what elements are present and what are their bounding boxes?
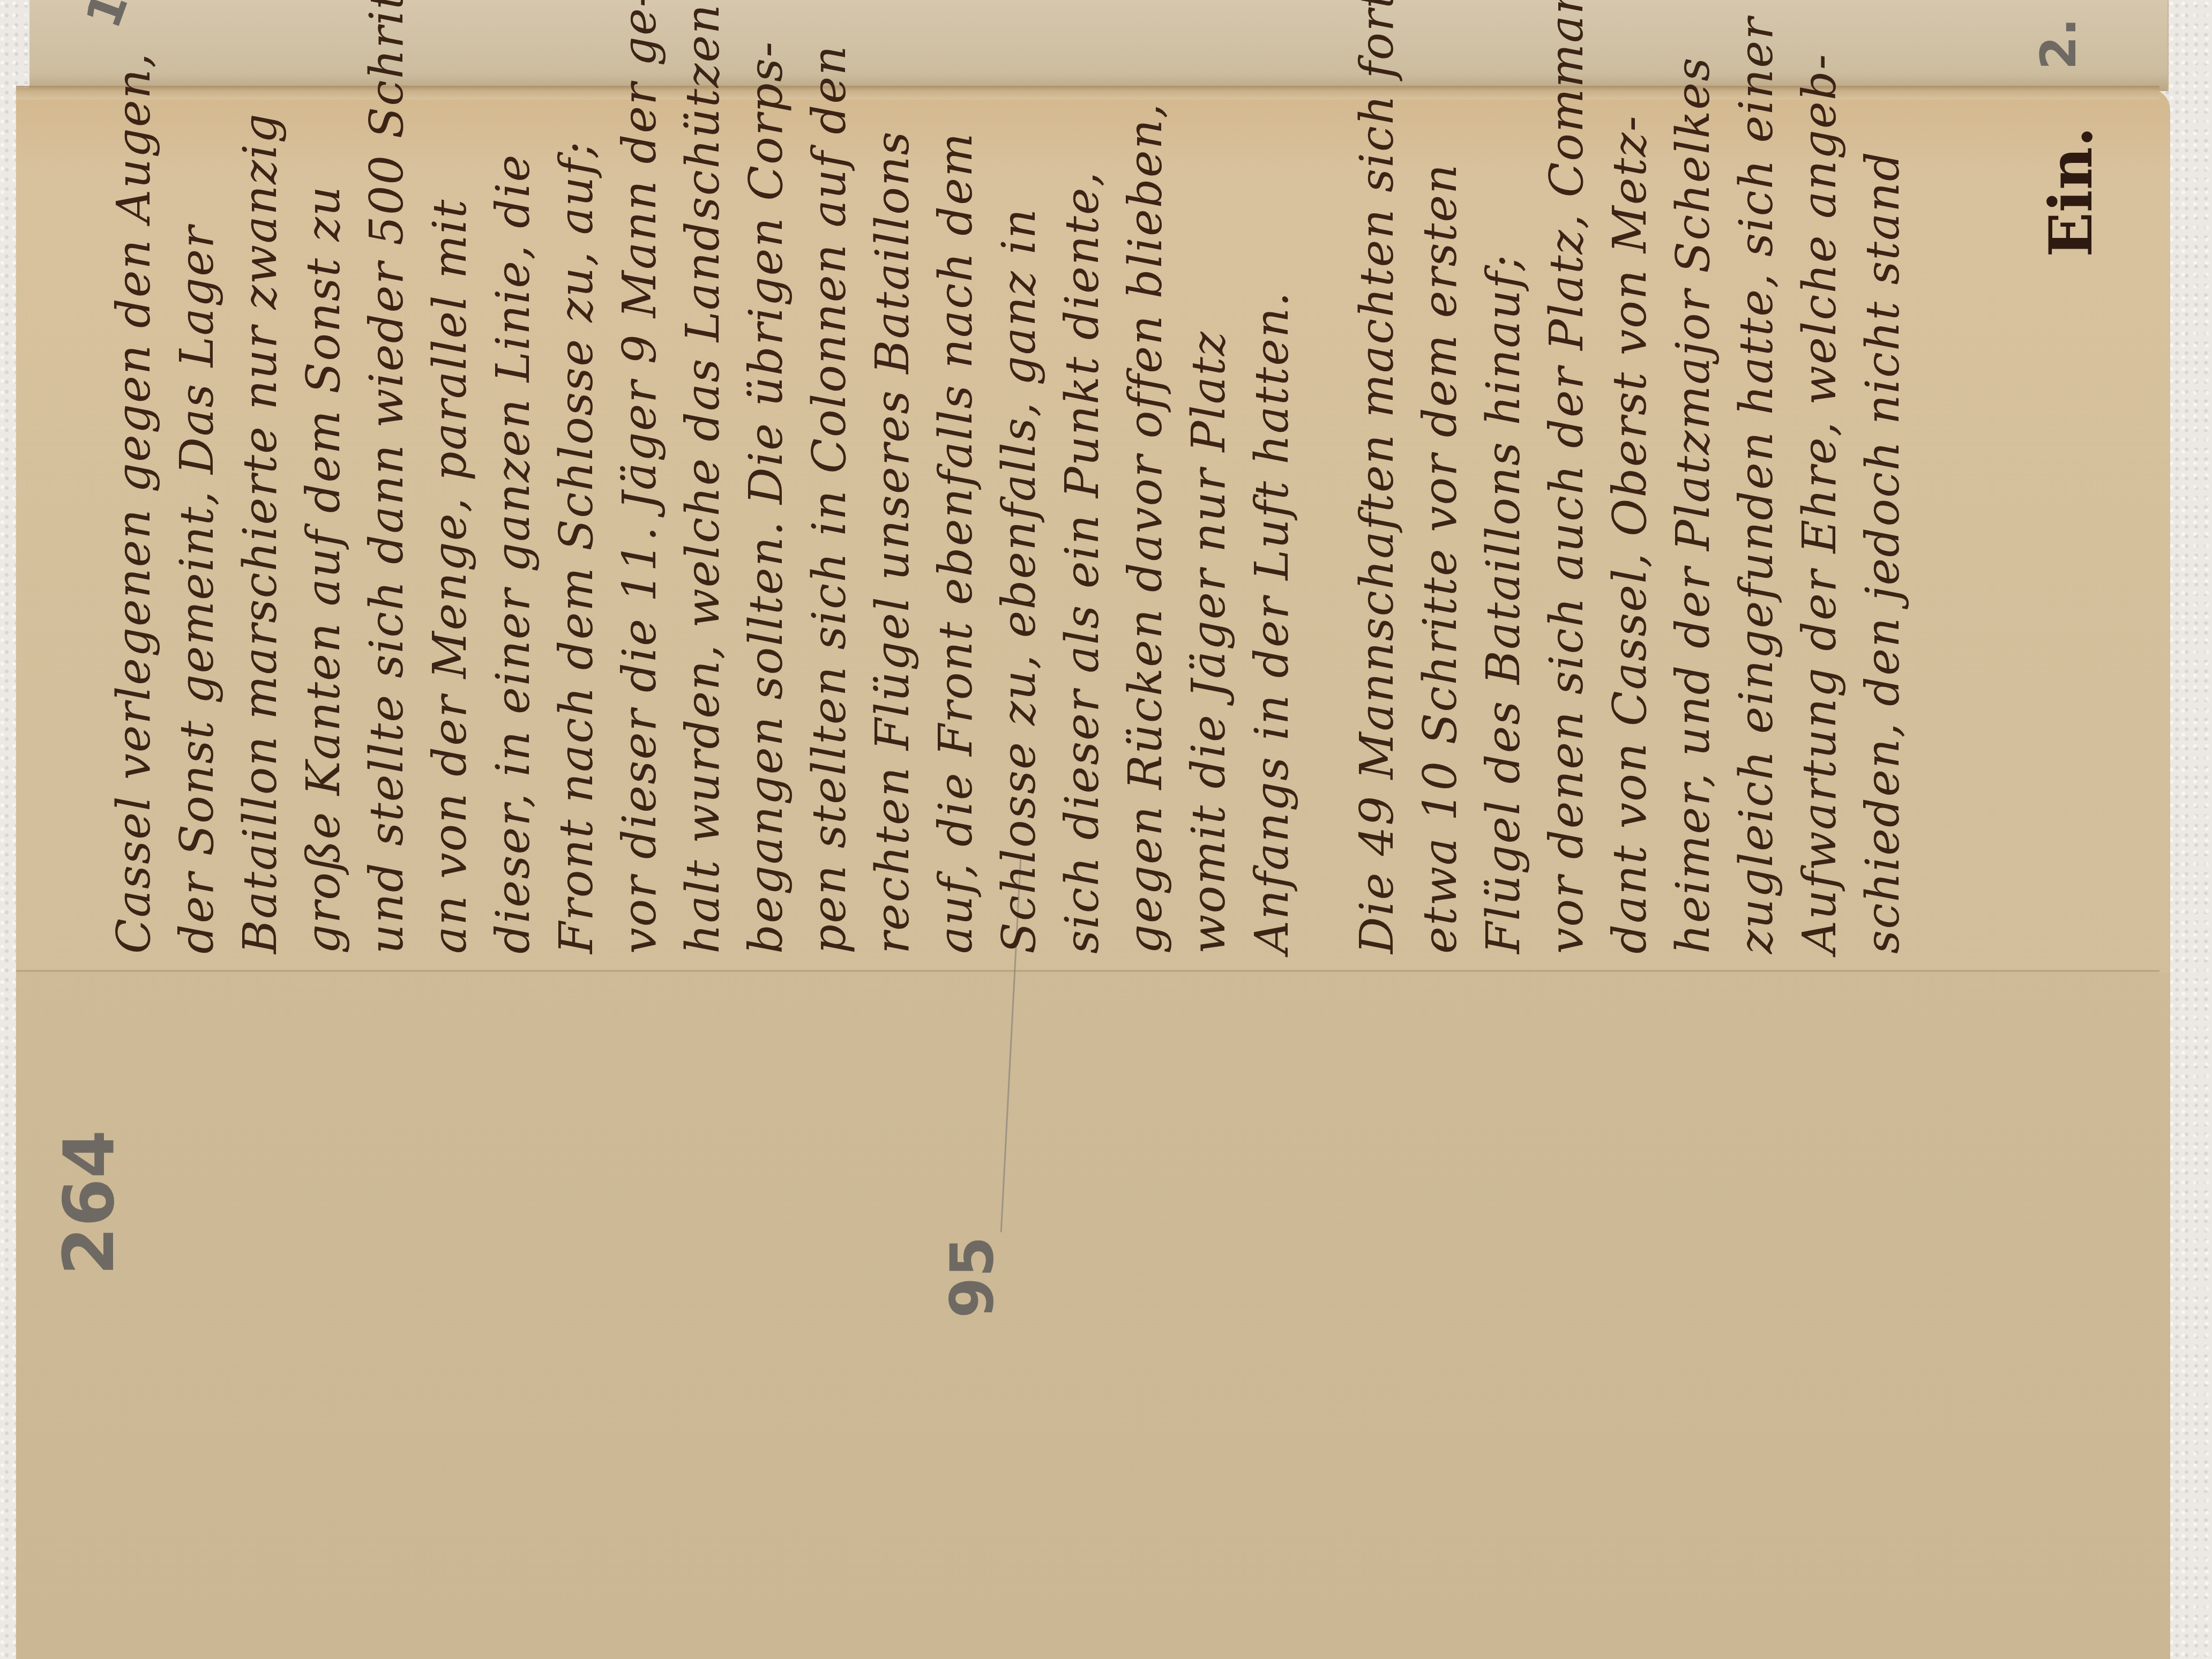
text-line: sich dieser als ein Punkt diente, — [1056, 171, 1109, 954]
text-line: große Kanten auf dem Sonst zu — [297, 185, 350, 954]
text-line: dieser, in einer ganzen Linie, die — [487, 154, 540, 954]
underlying-page-edge — [29, 0, 2169, 91]
text-line: Die 49 Mannschaften machten sich fort — [1350, 0, 1404, 954]
text-line: Cassel verlegenen gegen den Augen, — [107, 53, 161, 954]
text-line: Aufwartung der Ehre, welche angeb- — [1793, 53, 1847, 954]
catchword: Ein. — [2036, 126, 2105, 257]
text-line: Bataillon marschierte nur zwanzig — [234, 113, 287, 954]
pencil-mark-top-right: 2. — [2031, 18, 2087, 70]
text-line: an von der Menge, parallel mit — [423, 198, 477, 954]
text-line: Flügel des Bataillons hinauf; — [1477, 254, 1530, 954]
text-line: womit die Jäger nur Platz — [1182, 331, 1236, 954]
text-line: pen stellten sich in Colonnen auf den — [803, 44, 856, 954]
text-line: vor dieser die 11. Jäger 9 Mann der ge- — [613, 0, 667, 954]
text-line: gegen Rücken davor offen blieben, — [1119, 103, 1172, 954]
text-line: rechten Flügel unseres Bataillons — [866, 131, 920, 954]
text-line: halt wurden, welche das Landschützen — [676, 3, 730, 954]
center-crease — [16, 970, 2159, 972]
text-line: der Sonst gemeint, Das Lager — [170, 225, 224, 954]
page-lower-half — [16, 973, 2170, 1659]
text-line: Front nach dem Schlosse zu, auf; — [550, 141, 603, 954]
text-line: zugleich eingefunden hatte, sich einer g… — [1730, 0, 1783, 954]
text-line: Schlosse zu, ebenfalls, ganz in — [992, 208, 1046, 954]
pencil-folio-number: 264 — [48, 1130, 130, 1275]
pencil-page-number: 95 — [938, 1236, 1006, 1318]
text-line: und stellte sich dann wieder 500 Schritt… — [360, 0, 414, 954]
text-line: vor denen sich auch der Platz, Comman- — [1540, 0, 1594, 954]
text-line: dant von Cassel, Oberst von Metz- — [1603, 115, 1657, 954]
text-line: schieden, den jedoch nicht stand — [1856, 151, 1910, 954]
text-line: heimer, und der Platzmajor Schelkes — [1667, 57, 1720, 954]
text-line: begangen sollten. Die übrigen Corps- — [739, 41, 793, 954]
text-line: etwa 10 Schritte vor dem ersten — [1414, 163, 1467, 954]
text-line: auf, die Front ebenfalls nach dem — [929, 132, 983, 954]
text-line: Anfangs in der Luft hatten. — [1245, 291, 1299, 954]
